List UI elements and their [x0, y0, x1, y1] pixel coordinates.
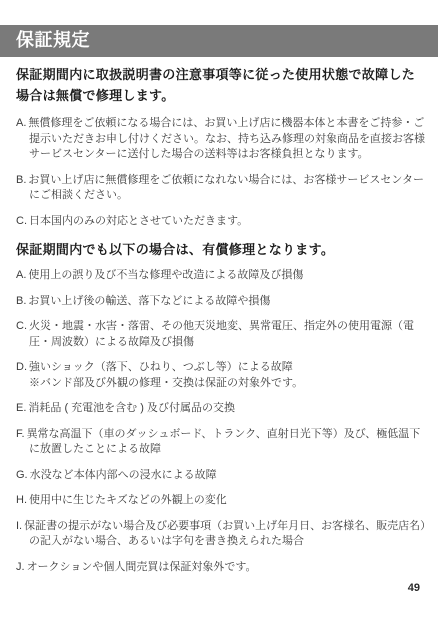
page-title: 保証規定: [0, 25, 438, 56]
item-label: H.: [16, 494, 27, 506]
paid-repair-conditions-list: A.使用上の誤り及び不当な修理や改造による故障及び損傷 B.お買い上げ後の輸送、…: [16, 268, 427, 575]
item-note: ※バンド部及び外観の修理・交換は保証の対象外です。: [29, 376, 427, 392]
item-text: お買い上げ後の輸送、落下などによる故障や損傷: [28, 295, 270, 307]
item-text: 保証書の提示がない場合及び必要事項（お買い上げ年月日、お客様名、販売店名）の記入…: [24, 520, 426, 548]
item-text: 使用上の誤り及び不当な修理や改造による故障及び損傷: [28, 269, 303, 281]
list-item: J.オークションや個人間売買は保証対象外です。: [16, 560, 427, 576]
list-item: F.異常な高温下（車のダッシュボード、トランク、直射日光下等）及び、極低温下に放…: [16, 427, 427, 458]
item-label: F.: [16, 428, 25, 440]
page-number: 49: [408, 582, 420, 594]
item-label: J.: [16, 561, 25, 573]
paid-repair-heading: 保証期間内でも以下の場合は、有償修理となります。: [16, 241, 427, 259]
item-label: C.: [16, 215, 27, 227]
item-label: D.: [16, 361, 27, 373]
list-item: C.日本国内のみの対応とさせていただきます。: [16, 214, 427, 230]
item-text: 無償修理をご依頼になる場合には、お買い上げ店に機器本体と本書をご持参・ご提示いた…: [28, 117, 425, 160]
warranty-manual-page: 保証規定 保証期間内に取扱説明書の注意事項等に従った使用状態で故障した場合は無償…: [0, 0, 438, 621]
item-label: G.: [16, 469, 28, 481]
item-text: 強いショック（落下、ひねり、つぶし等）による故障: [29, 361, 293, 373]
item-label: A.: [16, 117, 26, 129]
list-item: A.使用上の誤り及び不当な修理や改造による故障及び損傷: [16, 268, 427, 284]
list-item: G.水没など本体内部への浸水による故障: [16, 468, 427, 484]
page-content: 保証期間内に取扱説明書の注意事項等に従った使用状態で故障した場合は無償で修理しま…: [16, 64, 427, 585]
list-item: D.強いショック（落下、ひねり、つぶし等）による故障 ※バンド部及び外観の修理・…: [16, 360, 427, 391]
list-item: A.無償修理をご依頼になる場合には、お買い上げ店に機器本体と本書をご持参・ご提示…: [16, 116, 427, 163]
item-text: オークションや個人間売買は保証対象外です。: [27, 561, 257, 573]
list-item: B.お買い上げ店に無償修理をご依頼になれない場合には、お客様サービスセンターにご…: [16, 173, 427, 204]
list-item: E.消耗品 ( 充電池を含む ) 及び付属品の交換: [16, 401, 427, 417]
item-text: 水没など本体内部への浸水による故障: [30, 469, 217, 481]
item-text: 消耗品 ( 充電池を含む ) 及び付属品の交換: [28, 402, 235, 414]
item-text: 日本国内のみの対応とさせていただきます。: [29, 215, 248, 227]
list-item: I.保証書の提示がない場合及び必要事項（お買い上げ年月日、お客様名、販売店名）の…: [16, 519, 427, 550]
item-text: 使用中に生じたキズなどの外観上の変化: [29, 494, 227, 506]
item-label: B.: [16, 174, 26, 186]
item-label: C.: [16, 320, 27, 332]
item-text: 異常な高温下（車のダッシュボード、トランク、直射日光下等）及び、極低温下に放置し…: [27, 428, 421, 456]
list-item: C.火災・地震・水害・落雷、その他天災地変、異常電圧、指定外の使用電源（電圧・周…: [16, 319, 427, 350]
item-text: お買い上げ店に無償修理をご依頼になれない場合には、お客様サービスセンターにご相談…: [28, 174, 424, 202]
list-item: B.お買い上げ後の輸送、落下などによる故障や損傷: [16, 294, 427, 310]
free-repair-statement: 保証期間内に取扱説明書の注意事項等に従った使用状態で故障した場合は無償で修理しま…: [16, 64, 427, 106]
item-text: 火災・地震・水害・落雷、その他天災地変、異常電圧、指定外の使用電源（電圧・周波数…: [29, 320, 414, 348]
item-label: E.: [16, 402, 26, 414]
item-label: B.: [16, 295, 26, 307]
page-title-banner: 保証規定: [0, 25, 438, 57]
list-item: H.使用中に生じたキズなどの外観上の変化: [16, 493, 427, 509]
item-label: I.: [16, 520, 22, 532]
free-repair-conditions-list: A.無償修理をご依頼になる場合には、お買い上げ店に機器本体と本書をご持参・ご提示…: [16, 116, 427, 229]
item-label: A.: [16, 269, 26, 281]
